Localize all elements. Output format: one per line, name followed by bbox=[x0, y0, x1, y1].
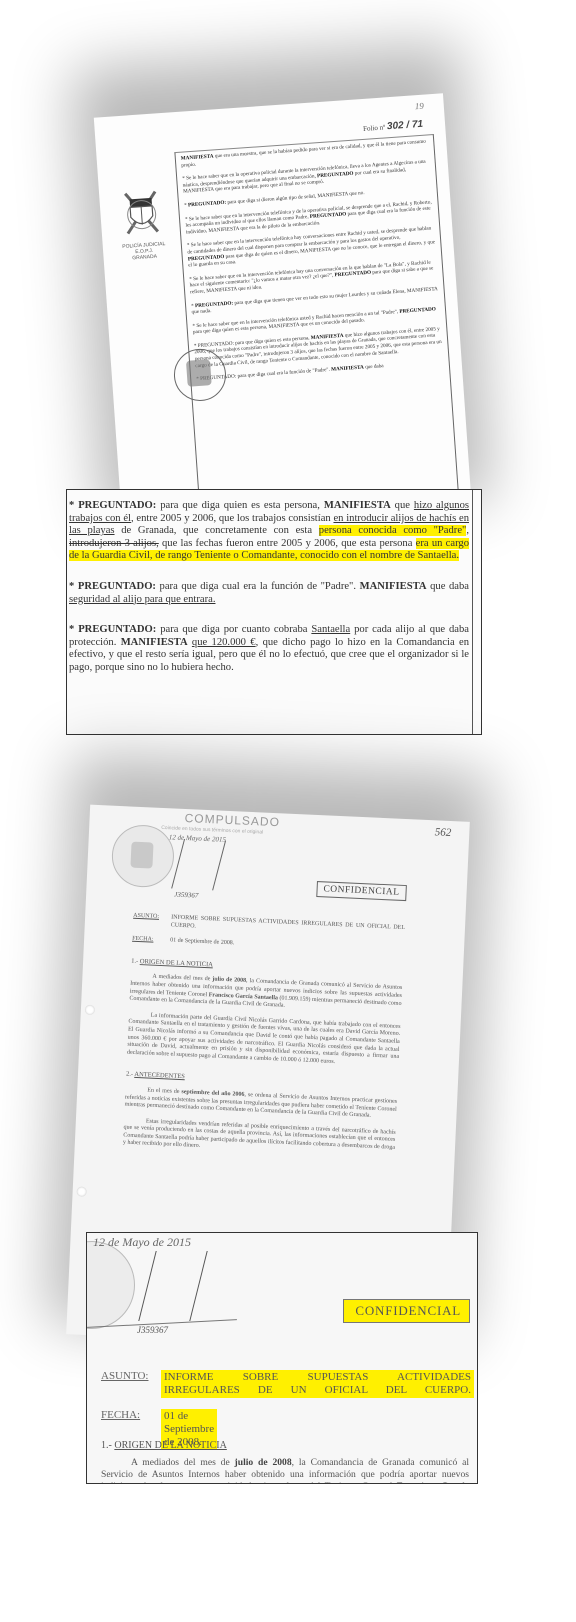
folio-number: Folio nº 302 / 71 bbox=[363, 119, 424, 134]
paragraph: La información parte del Guardia Civil N… bbox=[127, 1011, 401, 1069]
scanned-document-page-1: 19 Folio nº 302 / 71 POLICÍA JUDICIAL E.… bbox=[94, 93, 472, 536]
official-seal-icon bbox=[86, 1241, 135, 1329]
compulsado-date: 12 de Mayo de 2015 bbox=[93, 1235, 191, 1250]
highlight: persona conocida como "Padre" bbox=[319, 525, 467, 536]
corner-mark: 19 bbox=[414, 101, 424, 112]
section-heading: 1.- ORIGEN DE LA NOTICIA bbox=[101, 1440, 227, 1451]
confidential-label: CONFIDENCIAL bbox=[316, 881, 407, 901]
highlight: INFORME SOBRE SUPUESTAS ACTIVIDADESIRREG… bbox=[161, 1370, 474, 1398]
signature-number: J359367 bbox=[174, 891, 198, 900]
fecha-row: FECHA: 01 de Septiembre de 2008. bbox=[132, 936, 404, 956]
punch-hole bbox=[76, 1186, 86, 1196]
page2-body: ASUNTO: INFORME SOBRE SUPUESTAS ACTIVIDA… bbox=[122, 913, 405, 1168]
asunto-row: ASUNTO: INFORME SOBRE SUPUESTAS ACTIVIDA… bbox=[133, 913, 405, 941]
confidential-label-highlighted: CONFIDENCIAL bbox=[343, 1299, 470, 1323]
signature-number: J359367 bbox=[137, 1325, 168, 1335]
paragraph: Estas irregularidades vendrían referidas… bbox=[123, 1117, 396, 1160]
official-seal-icon bbox=[111, 824, 176, 889]
crest-label: POLICÍA JUDICIAL E.O.P.J. GRANADA bbox=[113, 240, 176, 262]
paragraph: En el mes de septiembre del año 2006, se… bbox=[124, 1086, 397, 1121]
zoom-inset-informe: 12 de Mayo de 2015 J359367 CONFIDENCIAL … bbox=[86, 1232, 478, 1484]
zoom-inset-interrogation: * PREGUNTADO: para que diga quien es est… bbox=[66, 489, 482, 735]
page1-body: MANIFIESTA que era una muestra, que se l… bbox=[181, 138, 447, 390]
signature-mark bbox=[138, 1251, 207, 1321]
zoom-paragraph-3: * PREGUNTADO: para que diga por cuanto c… bbox=[69, 624, 469, 674]
section-paragraph: A mediados del mes de julio de 2008, la … bbox=[101, 1457, 469, 1484]
page-edge-line bbox=[472, 490, 473, 734]
punch-hole bbox=[85, 1005, 95, 1015]
zoom-paragraph-1: * PREGUNTADO: para que diga quien es est… bbox=[69, 500, 469, 563]
police-crest-icon bbox=[117, 183, 167, 242]
zoom-paragraph-2: * PREGUNTADO: para que diga cual era la … bbox=[69, 581, 469, 606]
page-number: 562 bbox=[435, 826, 452, 839]
paragraph: A mediados del mes de julio de 2008, la … bbox=[129, 973, 402, 1016]
signature-mark bbox=[171, 839, 226, 890]
